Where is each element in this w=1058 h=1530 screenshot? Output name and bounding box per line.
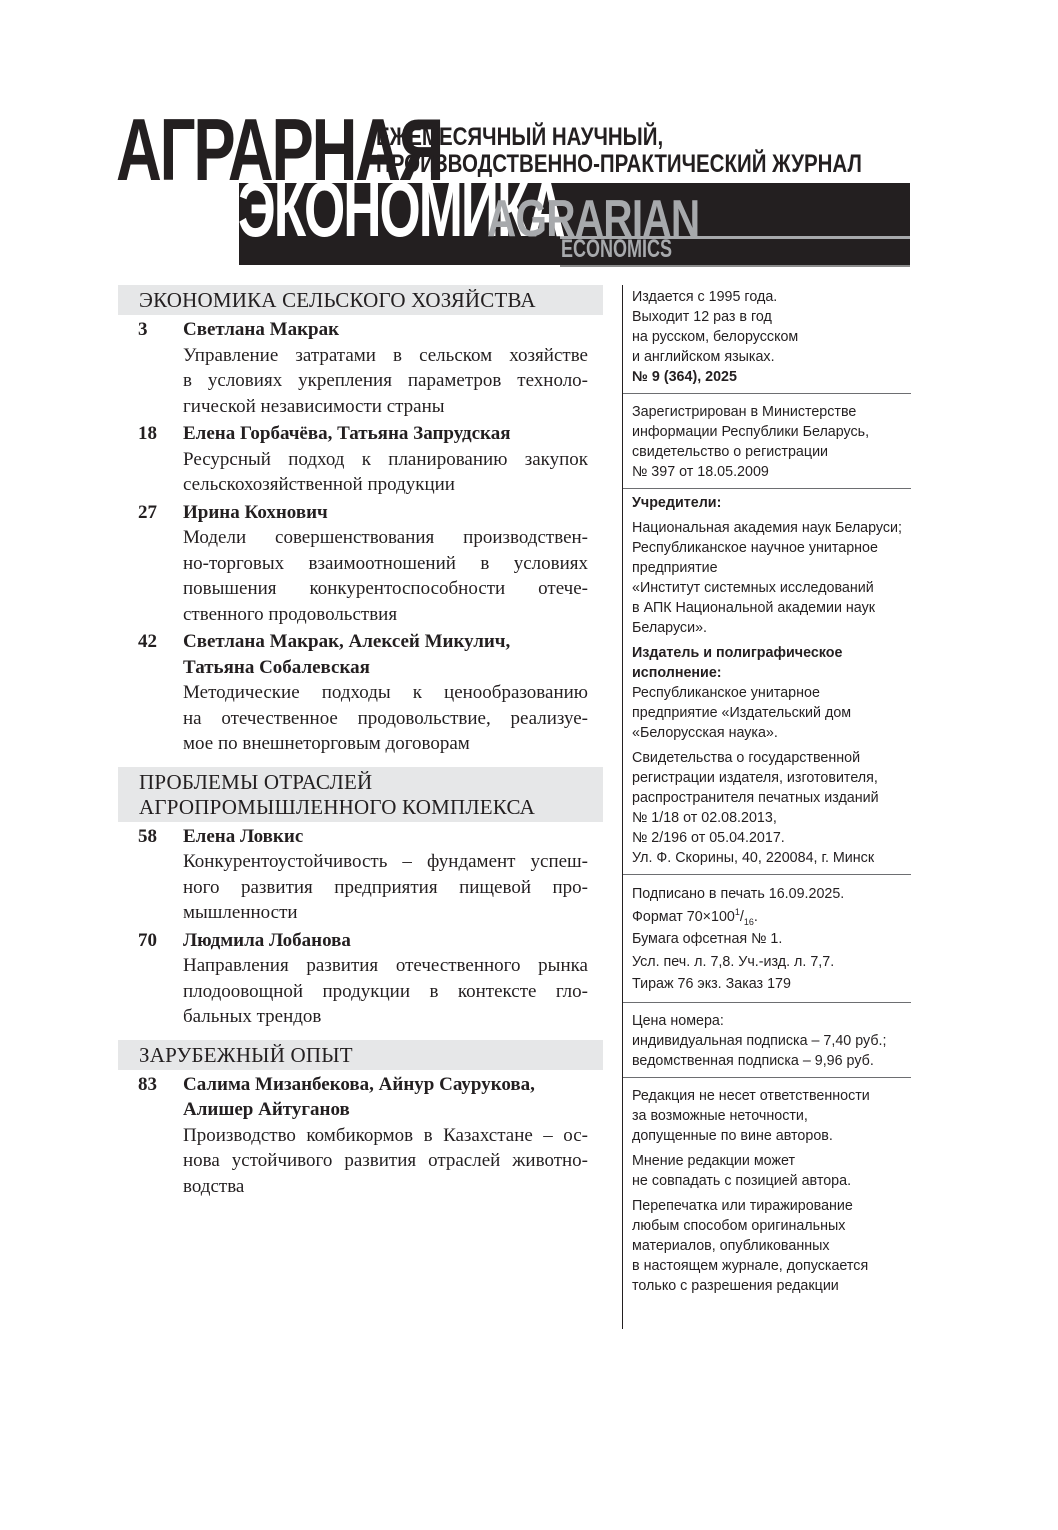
masthead: АГРАРНАЯ ЕЖЕМЕСЯЧНЫЙ НАУЧНЫЙ, ПРОИЗВОДСТ… [0,0,1058,280]
registration-line: информации Республики Беларусь, [632,422,911,442]
toc-entry[interactable]: 3Светлана МакракУправление затратами в с… [118,317,603,419]
page-number: 27 [118,500,183,628]
entry-title: Конкурентоустойчивость – фундамент успеш… [183,849,588,926]
entry-title-line: ственного продовольствия [183,602,588,628]
certificate-line: регистрации издателя, изготовителя, [632,768,911,788]
entry-body: Елена Горбачёва, Татьяна ЗапрудскаяРесур… [183,421,588,498]
page-number: 42 [118,629,183,757]
toc-entry[interactable]: 42Светлана Макрак, Алексей Микулич,Татья… [118,629,603,757]
page-number: 3 [118,317,183,419]
entry-title-line: Конкурентоустойчивость – фундамент успеш… [183,849,588,875]
tagline-line1: ЕЖЕМЕСЯЧНЫЙ НАУЧНЫЙ, [376,124,862,151]
registration-line: № 397 от 18.05.2009 [632,462,911,482]
toc-entry[interactable]: 27Ирина КохновичМодели совершенствования… [118,500,603,628]
format-sub: 16 [744,916,754,926]
entry-body: Людмила ЛобановаНаправления развития оте… [183,928,588,1030]
publisher-line: «Белорусская наука». [632,723,911,743]
toc-entry[interactable]: 58Елена ЛовкисКонкурентоустойчивость – ф… [118,824,603,926]
entry-body: Светлана МакракУправление затратами в се… [183,317,588,419]
entry-title-line: Ресурсный подход к планированию закупок [183,447,588,473]
entry-authors: Светлана Макрак [183,317,588,343]
entry-title-line: Производство комбикормов в Казахстане – … [183,1123,588,1149]
entry-title-line: водства [183,1174,588,1200]
entry-body: Елена ЛовкисКонкурентоустойчивость – фун… [183,824,588,926]
entry-body: Светлана Макрак, Алексей Микулич,Татьяна… [183,629,588,757]
certificate-line: № 1/18 от 02.08.2013, [632,808,911,828]
entry-title-line: ного развития предприятия пищевой про- [183,875,588,901]
section-header-line: АГРОПРОМЫШЛЕННОГО КОМПЛЕКСА [139,795,603,820]
entry-title-line: Методические подходы к ценообразованию [183,680,588,706]
format: Формат 70×1001/16. [632,906,911,929]
entry-title: Производство комбикормов в Казахстане – … [183,1123,588,1200]
registration-line: свидетельство о регистрации [632,442,911,462]
publisher-line: Республиканское унитарное [632,683,911,703]
issue-number: № 9 (364), 2025 [632,367,911,387]
disclaimer-line: за возможные неточности, [632,1106,911,1126]
about-line: на русском, белорусском [632,327,911,347]
entry-authors: Елена Ловкис [183,824,588,850]
toc-entry[interactable]: 18Елена Горбачёва, Татьяна ЗапрудскаяРес… [118,421,603,498]
disclaimer-line: материалов, опубликованных [632,1236,911,1256]
entry-title: Направления развития отечественного рынк… [183,953,588,1030]
publisher-line: предприятие «Издательский дом [632,703,911,723]
price-line: ведомственная подписка – 9,96 руб. [632,1051,911,1071]
entry-title-line: Направления развития отечественного рынк… [183,953,588,979]
founders-line: предприятие [632,558,911,578]
page-number: 58 [118,824,183,926]
entry-authors: Елена Горбачёва, Татьяна Запрудская [183,421,588,447]
toc-entry[interactable]: 70Людмила ЛобановаНаправления развития о… [118,928,603,1030]
format-suffix: . [754,909,758,925]
entry-title-line: повышения конкурентоспособности отече- [183,576,588,602]
entry-title-line: Управление затратами в сельском хозяйств… [183,343,588,369]
entry-title: Модели совершенствования производствен-н… [183,525,588,627]
section-header-line: ЭКОНОМИКА СЕЛЬСКОГО ХОЗЯЙСТВА [139,288,603,313]
section-header: ЗАРУБЕЖНЫЙ ОПЫТ [118,1040,603,1070]
disclaimer-line: допущенные по вине авторов. [632,1126,911,1146]
format-prefix: Формат 70×100 [632,909,735,925]
page-number: 83 [118,1072,183,1200]
certificate-line: № 2/196 от 05.04.2017. [632,828,911,848]
section-header-line: ПРОБЛЕМЫ ОТРАСЛЕЙ [139,770,603,795]
founders-label: Учредители: [632,493,911,513]
imprint-print-details: Подписано в печать 16.09.2025. Формат 70… [623,875,911,1003]
imprint-price: Цена номера: индивидуальная подписка – 7… [623,1003,911,1078]
certificate-line: Ул. Ф. Скорины, 40, 220084, г. Минск [632,848,911,868]
disclaimer-line: Редакция не несет ответственности [632,1086,911,1106]
paper: Бумага офсетная № 1. [632,928,911,951]
entry-title-line: мышленности [183,900,588,926]
founders-line: Республиканское научное унитарное [632,538,911,558]
entry-title-line: плодоовощной продукции в контексте гло- [183,979,588,1005]
section-header: ЭКОНОМИКА СЕЛЬСКОГО ХОЗЯЙСТВА [118,285,603,315]
entry-authors: Светлана Макрак, Алексей Микулич, [183,629,588,655]
imprint-column: Издается с 1995 года. Выходит 12 раз в г… [622,285,911,1329]
certificate-line: распространителя печатных изданий [632,788,911,808]
section-header: ПРОБЛЕМЫ ОТРАСЛЕЙАГРОПРОМЫШЛЕННОГО КОМПЛ… [118,767,603,822]
disclaimer-line: Перепечатка или тиражирование [632,1196,911,1216]
disclaimer-line: в настоящем журнале, допускается [632,1256,911,1276]
entry-title: Управление затратами в сельском хозяйств… [183,343,588,420]
entry-authors: Людмила Лобанова [183,928,588,954]
entry-title-line: гической независимости страны [183,394,588,420]
entry-authors: Салима Мизанбекова, Айнур Саурукова, [183,1072,588,1098]
certificate-line: Свидетельства о государственной [632,748,911,768]
disclaimer-line: не совпадать с позицией автора. [632,1171,911,1191]
masthead-shadow-rule [560,265,910,267]
disclaimer-line: любым способом оригинальных [632,1216,911,1236]
imprint-founders-publisher: Учредители: Национальная академия наук Б… [623,489,911,875]
table-of-contents: ЭКОНОМИКА СЕЛЬСКОГО ХОЗЯЙСТВА3Светлана М… [118,285,603,1209]
entry-title-line: на отечественное продовольствие, реализу… [183,706,588,732]
entry-title-line: Модели совершенствования производствен- [183,525,588,551]
toc-section: ЗАРУБЕЖНЫЙ ОПЫТ83Салима Мизанбекова, Айн… [118,1040,603,1200]
entry-title-line: сельскохозяйственной продукции [183,472,588,498]
format-sup: 1 [735,907,740,917]
publisher-label: исполнение: [632,663,911,683]
toc-section: ЭКОНОМИКА СЕЛЬСКОГО ХОЗЯЙСТВА3Светлана М… [118,285,603,757]
entry-title-line: но-торговых взаимоотношений в условиях [183,551,588,577]
imprint-disclaimers: Редакция не несет ответственности за воз… [623,1078,911,1302]
founders-line: в АПК Национальной академии наук [632,598,911,618]
page-number: 18 [118,421,183,498]
page-number: 70 [118,928,183,1030]
entry-title: Методические подходы к ценообразованиюна… [183,680,588,757]
founders-line: «Институт системных исследований [632,578,911,598]
founders-line: Беларуси». [632,618,911,638]
print-run: Тираж 76 экз. Заказ 179 [632,973,911,996]
entry-title-line: в условиях укрепления параметров техноло… [183,368,588,394]
signed-date: Подписано в печать 16.09.2025. [632,883,911,906]
disclaimer-line: только с разрешения редакции [632,1276,911,1296]
entry-body: Ирина КохновичМодели совершенствования п… [183,500,588,628]
entry-title-line: бальных трендов [183,1004,588,1030]
toc-section: ПРОБЛЕМЫ ОТРАСЛЕЙАГРОПРОМЫШЛЕННОГО КОМПЛ… [118,767,603,1030]
entry-authors: Алишер Айтуганов [183,1097,588,1123]
imprint-registration: Зарегистрирован в Министерстве информаци… [623,394,911,489]
about-line: и английском языках. [632,347,911,367]
entry-authors: Татьяна Собалевская [183,655,588,681]
sheets: Усл. печ. л. 7,8. Уч.-изд. л. 7,7. [632,951,911,974]
entry-title-line: мое по внешнеторговым договорам [183,731,588,757]
entry-authors: Ирина Кохнович [183,500,588,526]
price-line: Цена номера: [632,1011,911,1031]
toc-entry[interactable]: 83Салима Мизанбекова, Айнур Саурукова,Ал… [118,1072,603,1200]
registration-line: Зарегистрирован в Министерстве [632,402,911,422]
section-header-line: ЗАРУБЕЖНЫЙ ОПЫТ [139,1043,603,1068]
price-line: индивидуальная подписка – 7,40 руб.; [632,1031,911,1051]
journal-title-en-line2: ECONOMICS [561,237,672,262]
about-line: Выходит 12 раз в год [632,307,911,327]
about-line: Издается с 1995 года. [632,287,911,307]
entry-body: Салима Мизанбекова, Айнур Саурукова,Алиш… [183,1072,588,1200]
entry-title-line: нова устойчивого развития отраслей живот… [183,1148,588,1174]
imprint-about: Издается с 1995 года. Выходит 12 раз в г… [623,285,911,394]
disclaimer-line: Мнение редакции может [632,1151,911,1171]
publisher-label: Издатель и полиграфическое [632,643,911,663]
entry-title: Ресурсный подход к планированию закупокс… [183,447,588,498]
founders-line: Национальная академия наук Беларуси; [632,518,911,538]
